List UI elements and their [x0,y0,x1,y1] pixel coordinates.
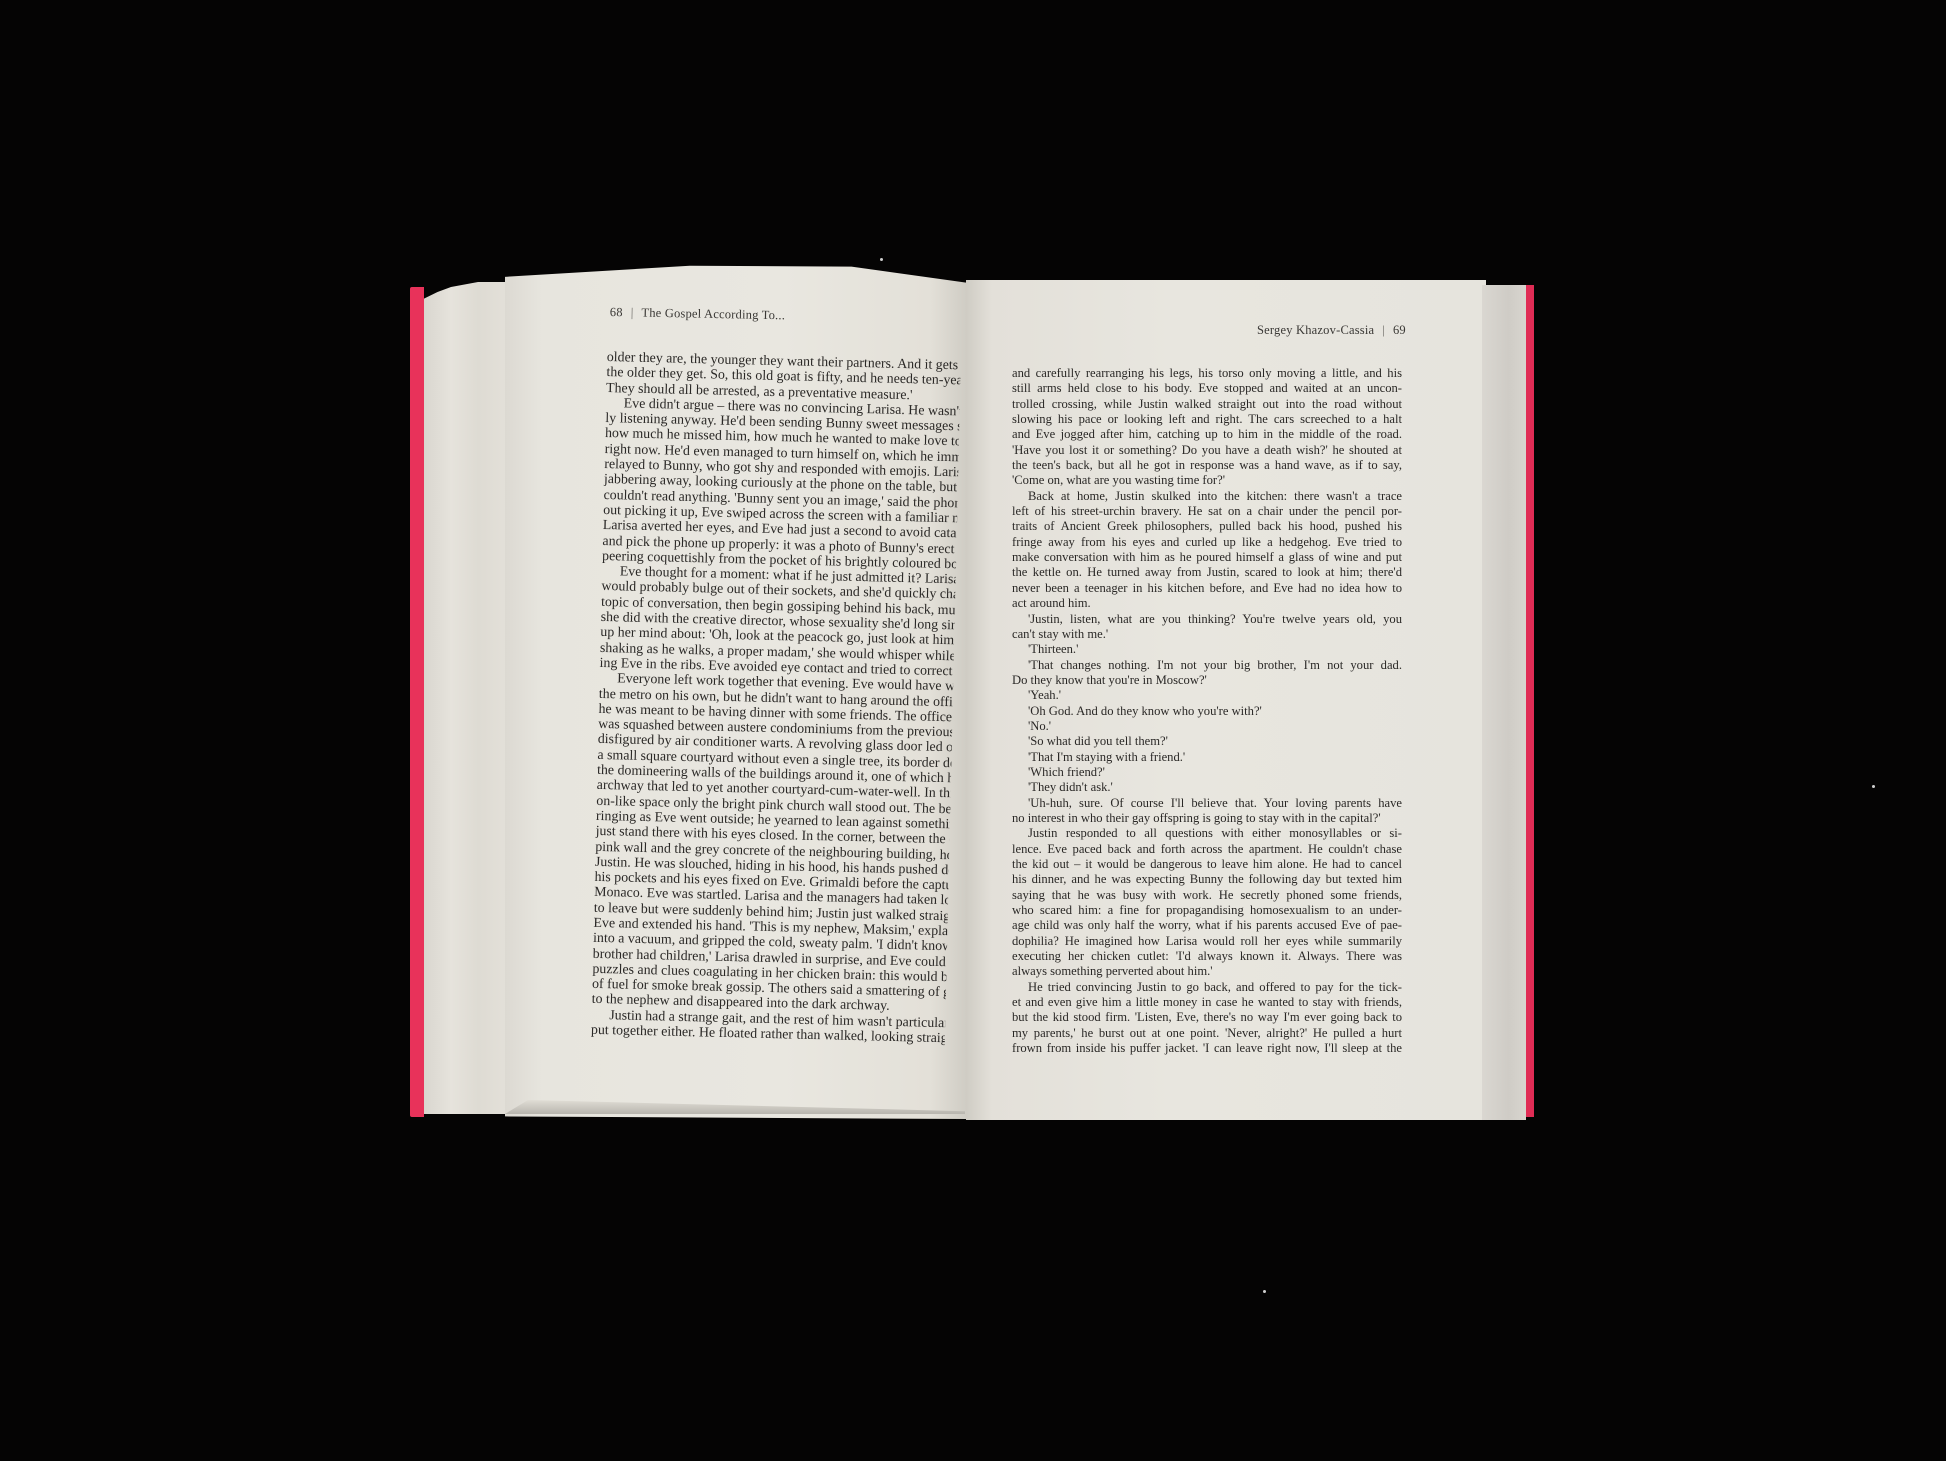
text-line: et and even give him a little money in c… [1012,995,1402,1010]
text-line: He tried convincing Justin to go back, a… [1012,980,1402,995]
right-running-header: Sergey Khazov-Cassia|69 [1257,323,1406,338]
dust-speck [1263,1290,1266,1293]
left-running-head: The Gospel According To... [641,306,785,323]
text-line: slowing his pace or looking left and rig… [1012,412,1402,427]
text-line: saying that he was busy with work. He se… [1012,888,1402,903]
text-line: 'Have you lost it or something? Do you h… [1012,443,1402,458]
text-line: never been a teenager in his kitchen bef… [1012,581,1402,596]
header-separator: | [1382,323,1385,337]
text-line: 'Which friend?' [1012,765,1402,780]
text-line: can't stay with me.' [1012,627,1402,642]
text-line: traits of Ancient Greek philosophers, pu… [1012,519,1402,534]
text-line: always something perverted about him.' [1012,964,1402,979]
text-line: the kid out – it would be dangerous to l… [1012,857,1402,872]
text-line: left of his street-urchin bravery. He sa… [1012,504,1402,519]
text-line: fringe away from his eyes and curled up … [1012,535,1402,550]
text-line: 'Come on, what are you wasting time for?… [1012,473,1402,488]
open-book: 68|The Gospel According To... Sergey Kha… [0,0,1946,1461]
text-line: still arms held close to his body. Eve s… [1012,381,1402,396]
book-cover-right-edge [1526,285,1534,1117]
book-cover-left-edge [410,287,424,1117]
text-line: his dinner, and he was expecting Bunny t… [1012,872,1402,887]
text-line: trolled crossing, while Justin walked st… [1012,397,1402,412]
text-line: executing her chicken cutlet: 'I'd alway… [1012,949,1402,964]
left-page-body-text: older they are, the younger they want th… [591,350,961,1047]
text-line: my parents,' he burst out at one point. … [1012,1026,1402,1041]
text-line: Back at home, Justin skulked into the ki… [1012,489,1402,504]
text-line: 'No.' [1012,719,1402,734]
right-page-body-text: and carefully rearranging his legs, his … [1012,366,1402,1056]
text-line: 'Yeah.' [1012,688,1402,703]
text-line: who scared him: a fine for propagandisin… [1012,903,1402,918]
text-line: no interest in who their gay offspring i… [1012,811,1402,826]
text-line: age child was only half the worry, what … [1012,918,1402,933]
text-line: 'That I'm staying with a friend.' [1012,750,1402,765]
text-line: and carefully rearranging his legs, his … [1012,366,1402,381]
text-line: 'They didn't ask.' [1012,780,1402,795]
dust-speck [880,258,883,261]
text-line: 'Justin, listen, what are you thinking? … [1012,612,1402,627]
text-line: the kettle on. He turned away from Justi… [1012,565,1402,580]
text-line: 'Thirteen.' [1012,642,1402,657]
text-line: the teen's back, but all he got in respo… [1012,458,1402,473]
right-running-head: Sergey Khazov-Cassia [1257,323,1374,337]
text-line: frown from inside his puffer jacket. 'I … [1012,1041,1402,1056]
text-line: 'Oh God. And do they know who you're wit… [1012,704,1402,719]
text-line: and Eve jogged after him, catching up to… [1012,427,1402,442]
text-line: make conversation with him as he poured … [1012,550,1402,565]
page-stack-right [1482,285,1526,1120]
text-line: Do they know that you're in Moscow?' [1012,673,1402,688]
text-line: lence. Eve paced back and forth across t… [1012,842,1402,857]
text-line: 'That changes nothing. I'm not your big … [1012,658,1402,673]
text-line: 'Uh-huh, sure. Of course I'll believe th… [1012,796,1402,811]
text-line: dophilia? He imagined how Larisa would r… [1012,934,1402,949]
text-line: but the kid stood firm. 'Listen, Eve, th… [1012,1010,1402,1025]
right-page-number: 69 [1393,323,1406,337]
text-line: 'So what did you tell them?' [1012,734,1402,749]
page-stack-left [424,282,514,1114]
text-line: act around him. [1012,596,1402,611]
left-page-number: 68 [610,305,623,319]
header-separator: | [631,305,634,319]
dust-speck [1872,785,1875,788]
text-line: Justin responded to all questions with e… [1012,826,1402,841]
